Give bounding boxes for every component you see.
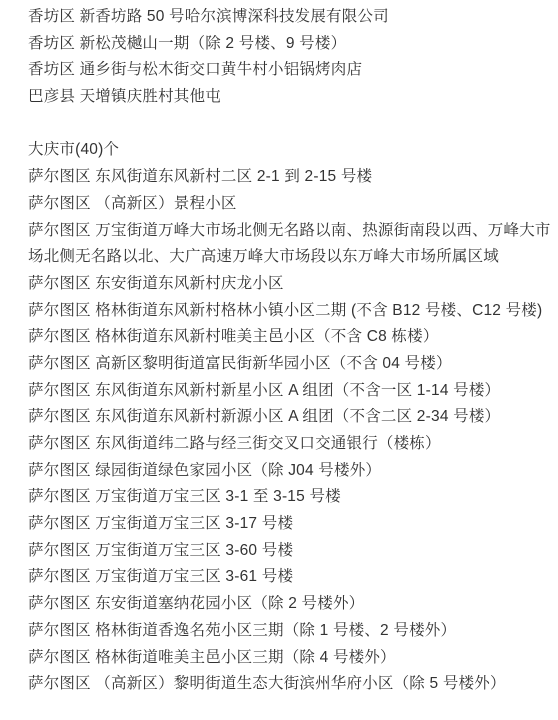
area-entry-line: 萨尔图区 万宝街道万宝三区 3-1 至 3-15 号楼 bbox=[28, 484, 550, 511]
area-entry-line: 萨尔图区 东安街道东风新村庆龙小区 bbox=[28, 271, 550, 298]
area-entry-line: 萨尔图区 （高新区）黎明街道生态大街滨州华府小区（除 5 号楼外） bbox=[28, 671, 550, 698]
area-entry-line: 萨尔图区 万宝街道万峰大市场北侧无名路以南、热源街南段以西、万峰大市 bbox=[28, 218, 550, 245]
area-entry-line: 萨尔图区 万宝街道万宝三区 3-61 号楼 bbox=[28, 564, 550, 591]
city-count-header: 大庆市(40)个 bbox=[28, 137, 550, 164]
area-entry-line: 萨尔图区 高新区黎明街道富民街新华园小区（不含 04 号楼） bbox=[28, 351, 550, 378]
area-entry-line: 萨尔图区 东风街道东风新村二区 2-1 到 2-15 号楼 bbox=[28, 164, 550, 191]
area-entry-line: 萨尔图区 格林街道东风新村唯美主邑小区（不含 C8 栋楼） bbox=[28, 324, 550, 351]
blank-line bbox=[28, 111, 550, 138]
area-entry-line: 萨尔图区 东安街道塞纳花园小区（除 2 号楼外） bbox=[28, 591, 550, 618]
area-entry-line: 萨尔图区 （高新区）景程小区 bbox=[28, 191, 550, 218]
area-entry-line: 萨尔图区 绿园街道绿色家园小区（除 J04 号楼外） bbox=[28, 458, 550, 485]
area-entry-line: 香坊区 新香坊路 50 号哈尔滨博深科技发展有限公司 bbox=[28, 4, 550, 31]
area-entry-line: 萨尔图区 格林街道香逸名苑小区三期（除 1 号楼、2 号楼外） bbox=[28, 618, 550, 645]
risk-area-list: 香坊区 新香坊路 50 号哈尔滨博深科技发展有限公司香坊区 新松茂樾山一期（除 … bbox=[0, 0, 558, 720]
area-entry-line: 香坊区 通乡街与松木街交口黄牛村小铝锅烤肉店 bbox=[28, 57, 550, 84]
area-entry-line: 萨尔图区 东风街道纬二路与经三街交叉口交通银行（楼栋） bbox=[28, 431, 550, 458]
area-entry-line: 香坊区 新松茂樾山一期（除 2 号楼、9 号楼） bbox=[28, 31, 550, 58]
area-entry-line: 萨尔图区 东风街道东风新村新星小区 A 组团（不含一区 1-14 号楼） bbox=[28, 378, 550, 405]
area-entry-line: 萨尔图区 格林街道唯美主邑小区三期（除 4 号楼外） bbox=[28, 645, 550, 672]
area-entry-line: 萨尔图区 东风街道东风新村新源小区 A 组团（不含二区 2-34 号楼） bbox=[28, 404, 550, 431]
area-entry-line: 萨尔图区 万宝街道万宝三区 3-60 号楼 bbox=[28, 538, 550, 565]
area-entry-line: 萨尔图区 万宝街道万宝三区 3-17 号楼 bbox=[28, 511, 550, 538]
area-entry-continuation-line: 场北侧无名路以北、大广高速万峰大市场段以东万峰大市场所属区域 bbox=[28, 244, 550, 271]
area-entry-line: 巴彦县 天增镇庆胜村其他屯 bbox=[28, 84, 550, 111]
area-entry-line: 萨尔图区 格林街道东风新村格林小镇小区二期 (不含 B12 号楼、C12 号楼) bbox=[28, 298, 550, 325]
